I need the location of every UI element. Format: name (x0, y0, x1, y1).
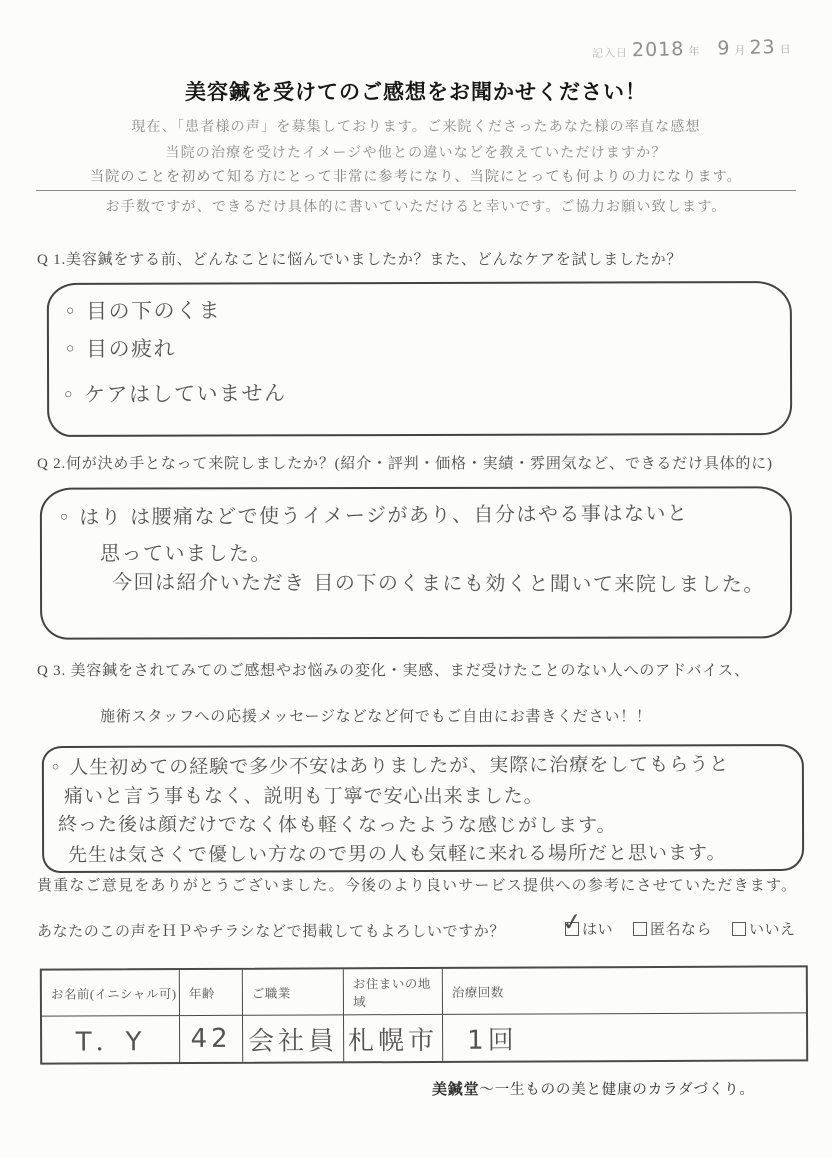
checkbox-anonymous (633, 922, 647, 936)
intro-line-3-underlined: 当院のことを初めて知る方にとって非常に参考になり、当院にとっても何よりの力になり… (36, 166, 796, 191)
date-day-unit: 日 (779, 41, 790, 57)
clinic-tagline: ～一生ものの美と健康のカラダづくり。 (479, 1082, 754, 1098)
intro-line-1: 現在、「患者様の声」を募集しております。ご来院くださったあなた様の率直な感想 (0, 116, 832, 136)
q3-question-line-1: Q 3. 美容鍼をされてみてのご感想やお悩みの変化・実感、まだ受けたことのない人… (37, 659, 750, 680)
date-year-value: 2018 (632, 38, 685, 61)
option-yes-label: はい (582, 918, 613, 939)
date-label: 記入日 (592, 44, 628, 61)
table-header-age: 年齢 (180, 970, 243, 1016)
q2-answer-line: 今回は紹介いただき 目の下のくまにも効くと聞いて来院しました。 (112, 566, 765, 597)
q1-answer-line: ◦ 目の疲れ (64, 333, 176, 364)
table-header-name: お名前(イニシャル可) (42, 970, 180, 1017)
footer-tagline: 美鍼堂～一生ものの美と健康のカラダづくり。 (432, 1078, 755, 1099)
table-header-area: お住まいの地域 (344, 969, 443, 1015)
q3-answer-line: 痛いと言う事もなく、説明も丁寧で安心出来ました。 (64, 781, 544, 808)
table-value-age: 42 (180, 1016, 243, 1062)
respondent-info-table: お名前(イニシャル可) 年齢 ご職業 お住まいの地域 治療回数 T．Y 42 会… (40, 965, 808, 1064)
q1-answer-line: ◦ ケアはしていません (62, 377, 287, 409)
table-value-area: 札幌市 (344, 1015, 443, 1061)
q3-answer-line: 先生は気さくで優しい方なので男の人も気軽に来れる場所だと思います。 (68, 838, 727, 867)
table-header-occupation: ご職業 (243, 969, 344, 1015)
option-yes: ✓ はい (565, 918, 613, 939)
table-value-name: T．Y (42, 1016, 180, 1063)
date-day-value: 23 (749, 36, 776, 59)
q1-answer-line: ◦ 目の下のくま (64, 294, 221, 325)
date-year-unit: 年 (688, 43, 699, 59)
checkbox-no (732, 922, 746, 936)
q2-answer-line: ◦ はり は腰痛などで使うイメージがあり、自分はやる事はないと (58, 497, 689, 530)
option-no-label: いいえ (749, 918, 796, 939)
publish-question: あなたのこの声をＨＰやチラシなどで掲載してもよろしいですか？ (37, 920, 505, 941)
q1-question: Q 1.美容鍼をする前、どんなことに悩んでいましたか？また、どんなケアを試しまし… (37, 248, 682, 269)
option-anonymous-label: 匿名なら (650, 918, 712, 939)
check-icon: ✓ (560, 907, 584, 938)
publish-options: ✓ はい 匿名なら いいえ (565, 918, 796, 939)
clinic-brand: 美鍼堂 (432, 1082, 479, 1098)
thanks-note: 貴重なご意見をありがとうございました。今後のより良いサービス提供への参考にさせて… (37, 874, 797, 895)
page-title: 美容鍼を受けてのご感想をお聞かせください！ (0, 76, 832, 106)
q3-answer-line: ◦ 人生初めての経験で多少不安はありましたが、実際に治療をしてもらうと (50, 749, 729, 780)
age-value: 42 (190, 1024, 231, 1054)
feedback-form-scan: 記入日 2018 年 9 月 23 日 美容鍼を受けてのご感想をお聞かせください… (0, 0, 832, 1158)
visit-count-value: 1回 (467, 1019, 518, 1056)
date-month-unit: 月 (734, 42, 745, 58)
table-value-occupation: 会社員 (243, 1015, 344, 1061)
q3-question-line-2: 施術スタッフへの応援メッセージなどなど何でもご自由にお書きください！！ (100, 705, 652, 726)
intro-line-4: お手数ですが、できるだけ具体的に書いていただけると幸いです。ご協力お願い致します… (0, 196, 832, 216)
option-anonymous: 匿名なら (633, 918, 712, 939)
area-value: 札幌市 (348, 1019, 438, 1056)
q2-answer-line: 思っていました。 (100, 537, 272, 566)
q2-question: Q 2.何が決め手となって来院しましたか？(紹介・評判・価格・実績・雰囲気など、… (37, 452, 773, 473)
table-value-visit-count: 1回 (443, 1013, 806, 1061)
table-header-visit-count: 治療回数 (443, 967, 806, 1015)
fill-date: 記入日 2018 年 9 月 23 日 (592, 36, 791, 62)
name-value: T．Y (76, 1021, 146, 1058)
q3-answer-line: 終った後は顔だけでなく体も軽くなったような感じがします。 (58, 810, 617, 838)
date-month-value: 9 (717, 37, 731, 59)
occupation-value: 会社員 (248, 1020, 338, 1057)
intro-line-2: 当院の治療を受けたイメージや他との違いなどを教えていただけますか？ (0, 142, 832, 162)
option-no: いいえ (732, 918, 796, 939)
